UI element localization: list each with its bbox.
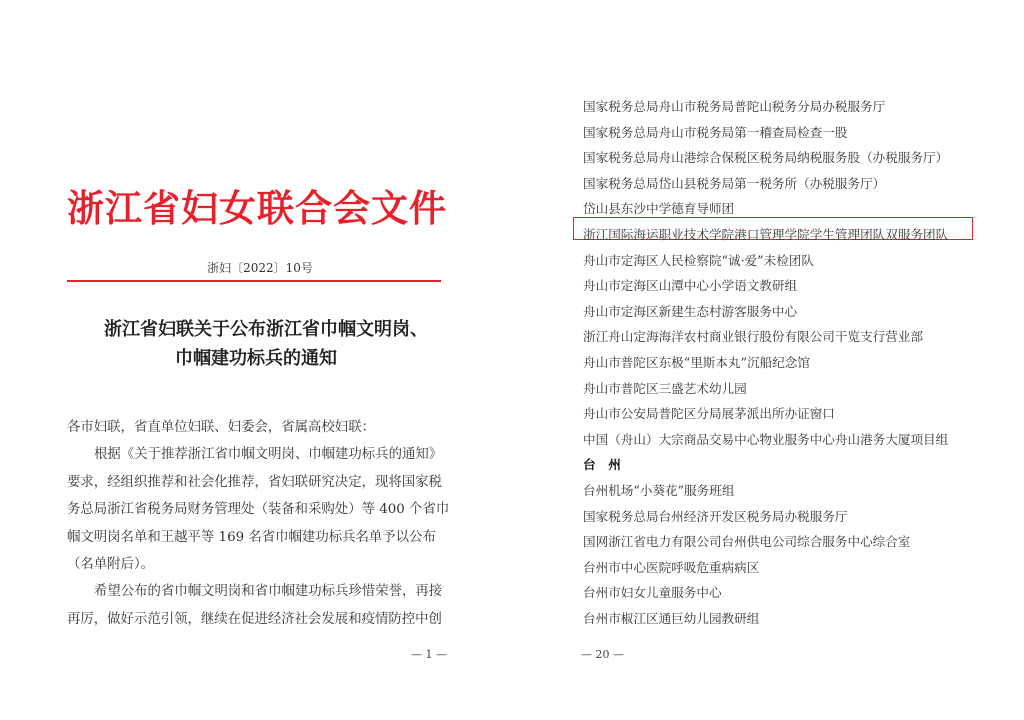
body-line: 务总局浙江省税务局财务管理处（装备和采购处）等 400 个省巾 — [67, 496, 447, 523]
red-divider — [67, 280, 441, 282]
list-item: 国家税务总局舟山港综合保税区税务局纳税服务股（办税服务厅） — [583, 145, 948, 171]
body-line: （名单附后）。 — [67, 551, 447, 578]
region-heading: 台 州 — [583, 452, 948, 478]
list-item: 舟山市定海区人民检察院“诚·爱”未检团队 — [583, 248, 948, 274]
list-item: 舟山市普陀区三盛艺术幼儿园 — [583, 376, 948, 402]
document-number: 浙妇〔2022〕10号 — [0, 259, 516, 276]
list-item: 舟山市定海区山潭中心小学语文教研组 — [583, 273, 948, 299]
notice-body: 各市妇联，省直单位妇联、妇委会，省属高校妇联： 根据《关于推荐浙江省巾帼文明岗、… — [67, 414, 447, 633]
body-line: 帼文明岗名单和王越平等 169 名省巾帼建功标兵名单予以公布 — [67, 524, 447, 551]
list-item: 国家税务总局舟山市税务局普陀山税务分局办税服务厅 — [583, 94, 948, 120]
list-item: 中国（舟山）大宗商品交易中心物业服务中心舟山港务大厦项目组 — [583, 427, 948, 453]
list-item: 台州市中心医院呼吸危重病病区 — [583, 555, 948, 581]
list-item: 舟山市普陀区东极“里斯本丸”沉船纪念馆 — [583, 350, 948, 376]
list-item: 国家税务总局岱山县税务局第一税务所（办税服务厅） — [583, 171, 948, 197]
list-item: 台州机场“小葵花”服务班组 — [583, 478, 948, 504]
page-left: 浙江省妇女联合会文件 浙妇〔2022〕10号 浙江省妇联关于公布浙江省巾帼文明岗… — [0, 0, 512, 720]
page-number-left: — 1 — — [411, 648, 447, 661]
notice-title-line2: 巾帼建功标兵的通知 — [0, 344, 512, 370]
list-item: 国网浙江省电力有限公司台州供电公司综合服务中心综合室 — [583, 529, 948, 555]
agency-title: 浙江省妇女联合会文件 — [67, 178, 447, 232]
body-line: 根据《关于推荐浙江省巾帼文明岗、巾帼建功标兵的通知》 — [67, 441, 447, 468]
page-number-right: — 20 — — [581, 648, 624, 661]
body-line: 要求，经组织推荐和社会化推荐，省妇联研究决定，现将国家税 — [67, 469, 447, 496]
honoree-list: 国家税务总局舟山市税务局普陀山税务分局办税服务厅 国家税务总局舟山市税务局第一稽… — [583, 94, 948, 631]
list-item: 国家税务总局台州经济开发区税务局办税服务厅 — [583, 504, 948, 530]
list-item: 岱山县东沙中学德育导师团 — [583, 196, 948, 222]
list-item: 台州市椒江区通巨幼儿园教研组 — [583, 606, 948, 632]
body-line: 希望公布的省巾帼文明岗和省巾帼建功标兵珍惜荣誉，再接 — [67, 578, 447, 605]
list-item: 浙江舟山定海海洋农村商业银行股份有限公司干览支行营业部 — [583, 324, 948, 350]
salutation: 各市妇联，省直单位妇联、妇委会，省属高校妇联： — [67, 414, 447, 441]
body-line: 再厉，做好示范引领，继续在促进经济社会发展和疫情防控中创 — [67, 606, 447, 633]
list-item: 台州市妇女儿童服务中心 — [583, 580, 948, 606]
notice-title-line1: 浙江省妇联关于公布浙江省巾帼文明岗、 — [0, 315, 522, 341]
list-item: 舟山市公安局普陀区分局展茅派出所办证窗口 — [583, 401, 948, 427]
list-item-highlighted: 浙江国际海运职业技术学院港口管理学院学生管理团队双服务团队 — [583, 222, 948, 248]
list-item: 国家税务总局舟山市税务局第一稽查局检查一股 — [583, 120, 948, 146]
list-item: 舟山市定海区新建生态村游客服务中心 — [583, 299, 948, 325]
